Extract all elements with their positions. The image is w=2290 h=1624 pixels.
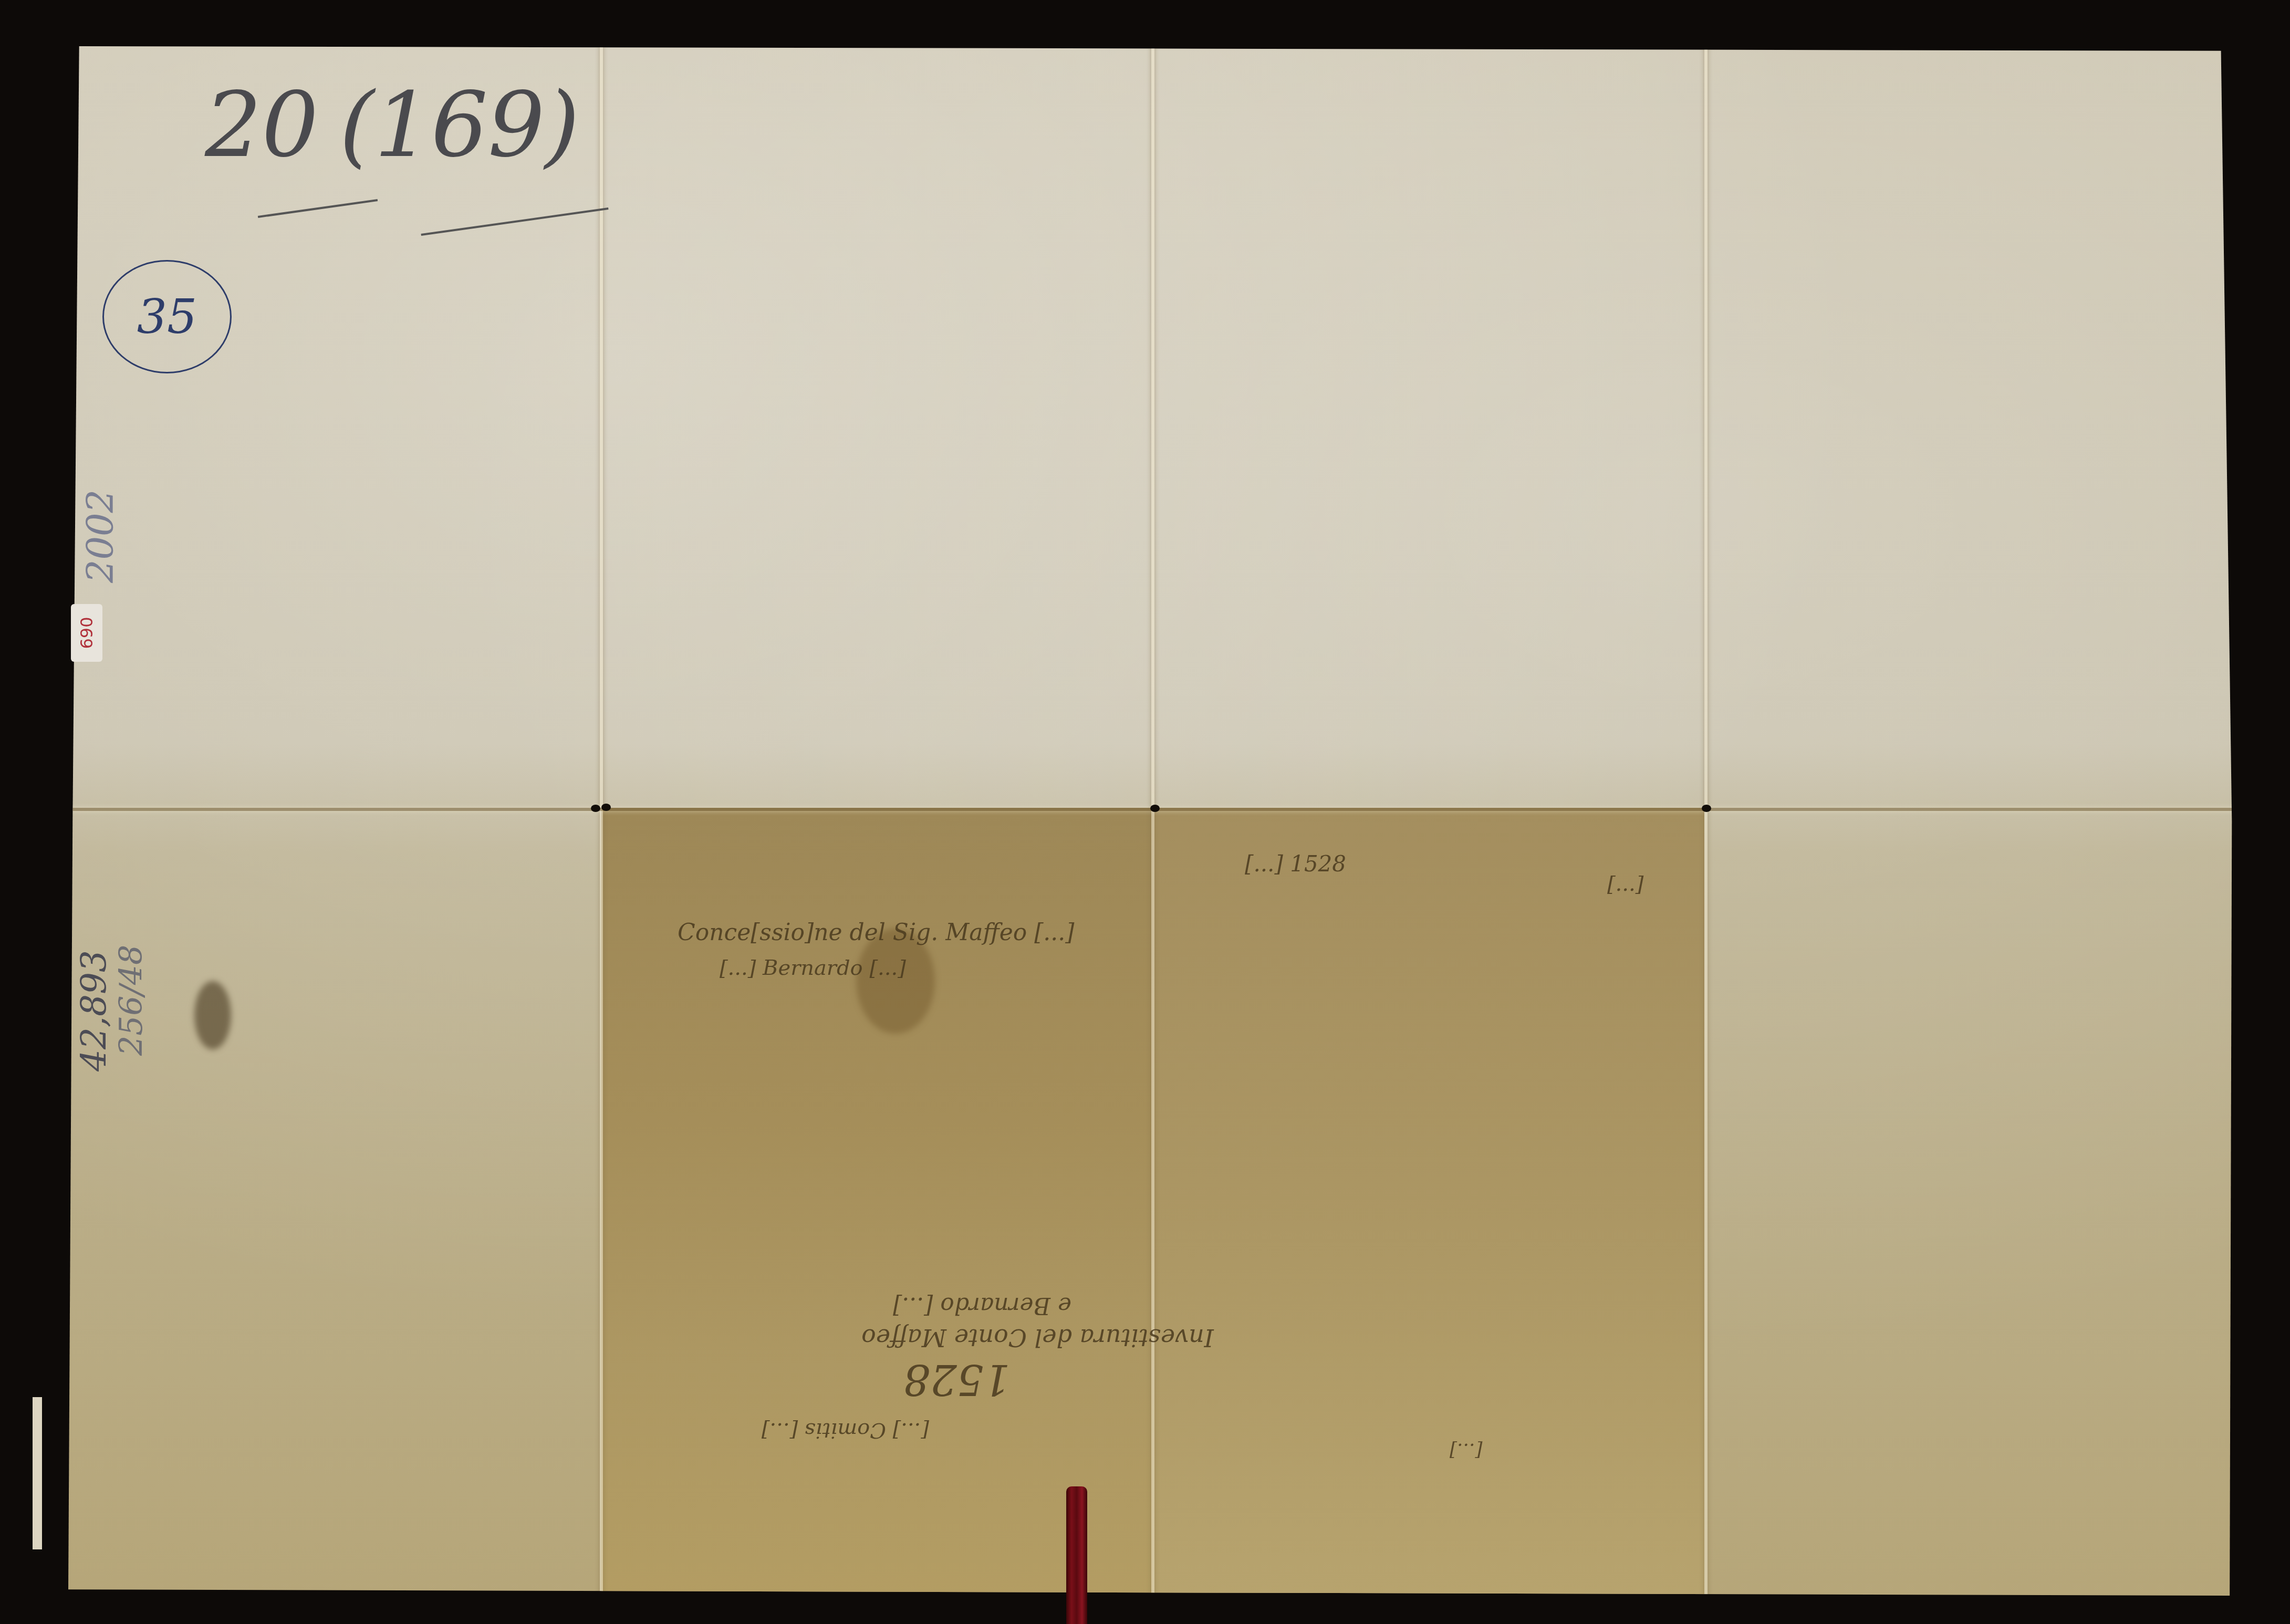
side-pencil-number: 2002 [79, 490, 122, 583]
ink-note-upper-middle: [...] 1528 [1245, 851, 1346, 877]
inverted-signature: [...] [1450, 1439, 1482, 1461]
circled-number-text: 35 [137, 289, 197, 345]
fold-hole [601, 804, 611, 811]
fold-line-vertical-2 [1151, 46, 1154, 1596]
red-number-label: 690 [71, 604, 102, 662]
inverted-note-line-1: Investitura del Conte Maffeo [861, 1324, 1214, 1352]
dark-stain [194, 981, 231, 1049]
fold-line-vertical-3 [1704, 46, 1708, 1596]
fold-hole [1702, 805, 1711, 812]
ink-note-upper-right: [...] [1607, 872, 1643, 896]
shelfmark-number: 20(169) [205, 74, 579, 178]
ink-note-line-2: [...] Bernardo [...] [720, 956, 906, 980]
parchment-sheet [68, 46, 2243, 1596]
circled-number: 35 [102, 260, 232, 373]
seal-thread [1066, 1486, 1087, 1624]
inverted-note-lower: [...] Comitis [...] [762, 1418, 929, 1442]
inverted-year: 1528 [903, 1355, 1011, 1404]
side-note-1: 42,893 [74, 950, 114, 1071]
shelfmark-number-main: 20 [205, 74, 318, 178]
red-number-label-text: 690 [77, 617, 97, 649]
mounting-strip [33, 1397, 42, 1549]
ink-note-line-1: Conce[ssio]ne del Sig. Maffeo [...] [678, 919, 1074, 946]
fold-line-vertical-1 [600, 46, 603, 1596]
side-note-2: 256/48 [113, 945, 150, 1056]
shelfmark-number-paren: (169) [339, 74, 579, 178]
stained-panel-right [1153, 808, 1704, 1596]
fold-hole [591, 805, 600, 812]
inverted-note-line-2: e Bernardo [...] [893, 1292, 1071, 1319]
fold-hole [1150, 805, 1160, 812]
